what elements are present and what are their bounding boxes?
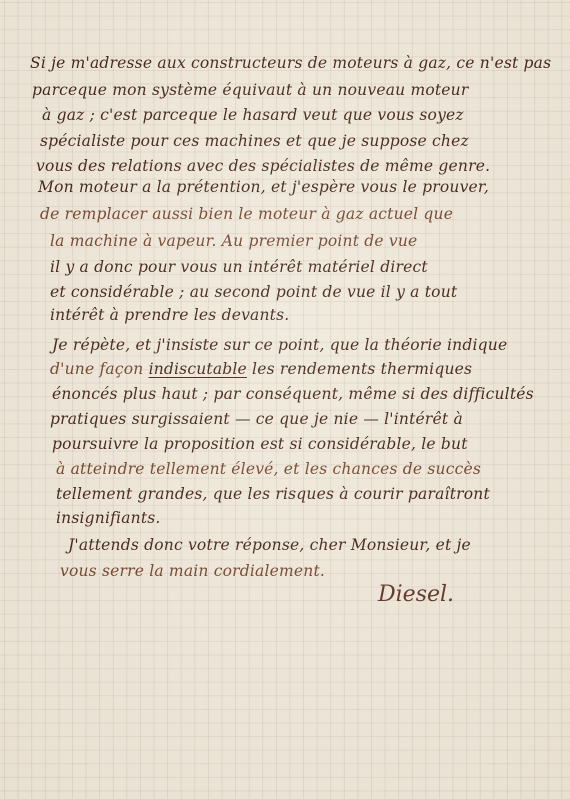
letter-text: les rendements thermiques	[247, 360, 472, 378]
letter-line: tellement grandes, que les risques à cou…	[56, 485, 490, 503]
letter-text: d'une façon	[50, 360, 149, 378]
letter-line: et considérable ; au second point de vue…	[50, 283, 457, 301]
letter-line: Mon moteur a la prétention, et j'espère …	[38, 178, 489, 196]
letter-line: à gaz ; c'est parceque le hasard veut qu…	[42, 106, 464, 124]
letter-line: vous des relations avec des spécialistes…	[36, 157, 490, 175]
letter-line: d'une façon indiscutable les rendements …	[50, 360, 472, 378]
letter-line: la machine à vapeur. Au premier point de…	[50, 232, 417, 250]
letter-line: poursuivre la proposition est si considé…	[52, 435, 468, 453]
letter-line: il y a donc pour vous un intérêt matérie…	[50, 258, 428, 276]
handwritten-letter-page: Si je m'adresse aux constructeurs de mot…	[0, 0, 570, 799]
letter-line: à atteindre tellement élevé, et les chan…	[56, 460, 481, 478]
letter-line: insignifiants.	[56, 509, 161, 527]
letter-line: Si je m'adresse aux constructeurs de mot…	[30, 54, 551, 72]
letter-line: vous serre la main cordialement.	[60, 562, 325, 580]
letter-line: énoncés plus haut ; par conséquent, même…	[52, 385, 534, 403]
letter-line: J'attends donc votre réponse, cher Monsi…	[68, 536, 471, 554]
letter-line: intérêt à prendre les devants.	[50, 306, 289, 324]
signature: Diesel.	[378, 582, 454, 607]
letter-line: spécialiste pour ces machines et que je …	[40, 132, 469, 150]
letter-line: pratiques surgissaient — ce que je nie —…	[50, 410, 463, 428]
underlined-word: indiscutable	[149, 360, 247, 378]
letter-line: parceque mon système équivaut à un nouve…	[32, 81, 468, 99]
letter-line: de remplacer aussi bien le moteur à gaz …	[40, 205, 453, 223]
letter-line: Je répète, et j'insiste sur ce point, qu…	[52, 336, 507, 354]
